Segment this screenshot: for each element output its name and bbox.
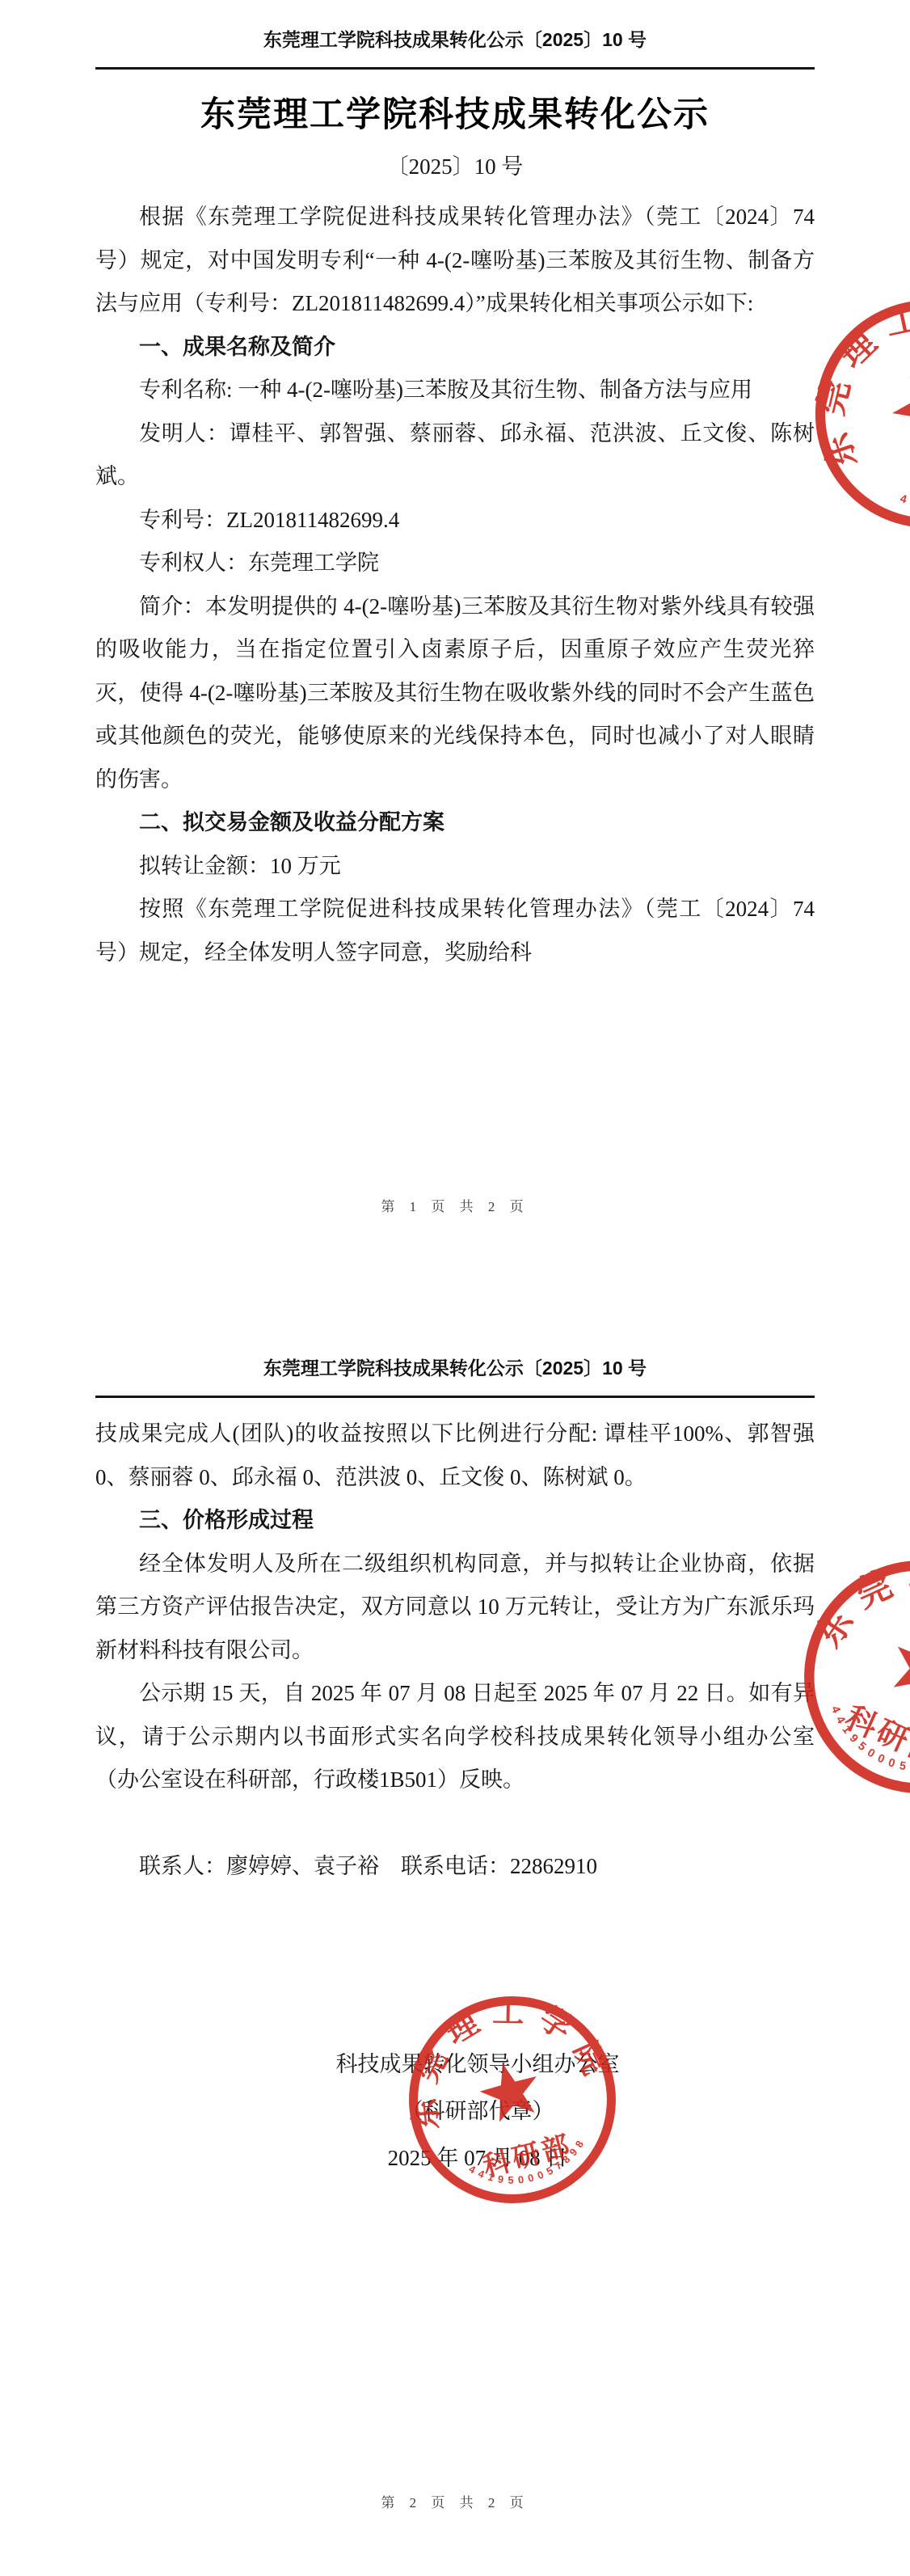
heading-section-3: 三、价格形成过程 xyxy=(95,1499,815,1543)
document-title: 东莞理工学院科技成果转化公示 xyxy=(0,92,910,139)
para-price: 经全体发明人及所在二级组织机构同意，并与拟转让企业协商，依据第三方资产评估报告决… xyxy=(95,1543,815,1673)
page2-footer: 第 2 页 共 2 页 xyxy=(0,2491,910,2511)
para-patent-name: 专利名称: 一种 4-(2-噻吩基)三苯胺及其衍生物、制备方法与应用 xyxy=(95,369,815,412)
document-number: 〔2025〕10 号 xyxy=(0,149,910,184)
page1-body: 根据《东莞理工学院促进科技成果转化管理办法》（莞工〔2024〕74 号）规定，对… xyxy=(95,196,815,974)
para-contact: 联系人：廖婷婷、袁子裕 联系电话：22862910 xyxy=(95,1845,815,1889)
para-patentee: 专利权人：东莞理工学院 xyxy=(95,542,815,585)
page-1: 东莞理工学院科技成果转化公示〔2025〕10 号 东莞理工学院科技成果转化公示 … xyxy=(0,0,910,1288)
para-amount: 拟转让金额：10 万元 xyxy=(95,845,815,889)
page-header: 东莞理工学院科技成果转化公示〔2025〕10 号 xyxy=(0,1288,910,1380)
star-icon xyxy=(882,1624,910,1708)
heading-section-2: 二、拟交易金额及收益分配方案 xyxy=(95,801,815,845)
para-basis: 根据《东莞理工学院促进科技成果转化管理办法》（莞工〔2024〕74 号）规定，对… xyxy=(95,196,815,326)
header-rule xyxy=(95,1396,815,1398)
header-rule xyxy=(95,67,815,70)
official-seal-icon: 东莞理工学院 科研部 4419500057898 xyxy=(797,1553,910,1801)
page1-footer: 第 1 页 共 2 页 xyxy=(0,1195,910,1215)
heading-section-1: 一、成果名称及简介 xyxy=(95,326,815,370)
page2-body: 技成果完成人(团队)的收益按照以下比例进行分配: 谭桂平100%、郭智强 0、蔡… xyxy=(95,1413,815,1888)
seal-ring-text: 东莞理工学院 xyxy=(402,1990,618,2137)
para-reward-part2: 技成果完成人(团队)的收益按照以下比例进行分配: 谭桂平100%、郭智强 0、蔡… xyxy=(95,1413,815,1499)
page-header: 东莞理工学院科技成果转化公示〔2025〕10 号 xyxy=(0,0,910,52)
para-reward-part1: 按照《东莞理工学院促进科技成果转化管理办法》（莞工〔2024〕74 号）规定，经… xyxy=(95,888,815,974)
para-inventors: 发明人：谭桂平、郭智强、蔡丽蓉、邱永福、范洪波、丘文俊、陈树斌。 xyxy=(95,412,815,499)
page-2: 东莞理工学院科技成果转化公示〔2025〕10 号 技成果完成人(团队)的收益按照… xyxy=(0,1288,910,2576)
star-icon xyxy=(474,2055,546,2125)
para-intro: 简介：本发明提供的 4-(2-噻吩基)三苯胺及其衍生物对紫外线具有较强的吸收能力… xyxy=(95,585,815,802)
svg-text:东莞理工学院: 东莞理工学院 xyxy=(808,293,910,479)
svg-text:东莞理工学院: 东莞理工学院 xyxy=(402,1990,618,2137)
official-seal-icon: 东莞理工学院 科研部 4419500057898 xyxy=(402,1990,622,2210)
star-icon xyxy=(881,362,910,447)
para-patent-no: 专利号：ZL201811482699.4 xyxy=(95,499,815,543)
para-publicity: 公示期 15 天，自 2025 年 07 月 08 日起至 2025 年 07 … xyxy=(95,1672,815,1802)
official-seal-icon: 东莞理工学院 科研部 4419500057898 xyxy=(808,293,910,535)
seal-ring-text: 东莞理工学院 xyxy=(808,293,910,479)
